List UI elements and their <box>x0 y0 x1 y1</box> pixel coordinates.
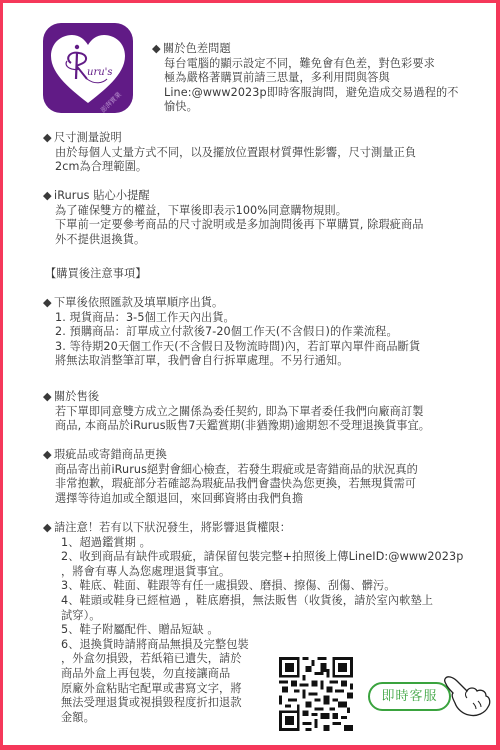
paragraph-line: 非常抱歉，瑕疵部分若確認為瑕疵品我們會盡快為您更換，若無現貨需可 <box>55 477 418 492</box>
list-item: 3、鞋底、鞋面、鞋跟等有任一處損毀、磨損、擦傷、刮傷、髒污。 <box>61 579 463 594</box>
list-item: 1、超過鑑賞期 。 <box>61 536 463 551</box>
section-title: ◆請注意！若有以下狀況發生，將影響退貨權限： <box>43 521 463 536</box>
paragraph-line: 外不提供退換貨。 <box>55 233 424 248</box>
section-defect-exchange: ◆瑕疵品或寄錯商品更換 商品寄出前iRurus絕對會細心檢查，若發生瑕疵或是寄錯… <box>43 448 418 506</box>
list-item: 金額。 <box>61 711 463 726</box>
paragraph-line: 商品寄出前iRurus絕對會細心檢查，若發生瑕疵或是寄錯商品的狀況真的 <box>55 463 418 478</box>
diamond-bullet-icon: ◆ <box>43 296 54 311</box>
page-frame: uru's 澎湃實業 ◆關於色差問題 每台電腦的顯示設定不同，難免會有色差，對色… <box>0 0 500 750</box>
diamond-bullet-icon: ◆ <box>43 189 54 204</box>
paragraph-line: Line:@www2023p即時客服詢問，避免造成交易過程的不 <box>164 86 459 101</box>
svg-text:uru's: uru's <box>87 67 113 78</box>
diamond-bullet-icon: ◆ <box>43 448 54 463</box>
paragraph-line: 由於每個人丈量方式不同，以及擺放位置跟材質彈性影響，尺寸測量正負 <box>55 146 416 161</box>
section-title: ◆iRurus 貼心小提醒 <box>43 189 424 204</box>
paragraph-line: 下單前一定要參考商品的尺寸說明或是多加詢問後再下單購買, 除瑕疵商品 <box>55 218 424 233</box>
paragraph-line: 2cm為合理範圍。 <box>55 160 416 175</box>
list-item: 6、退換貨時請將商品無損及完整包裝 <box>61 638 463 653</box>
list-item: 將無法取消整筆訂單，我們會自行拆單處理。不另行通知。 <box>55 354 420 369</box>
paragraph-line: 為了確保雙方的權益，下單後即表示100%同意購物規則。 <box>55 204 424 219</box>
pointing-hand-icon <box>443 673 493 721</box>
svg-text:澎湃實業: 澎湃實業 <box>98 89 123 113</box>
diamond-bullet-icon: ◆ <box>43 390 54 405</box>
section-title: ◆下單後依照匯款及填單順序出貨。 <box>43 296 420 311</box>
section-title: ◆關於色差問題 <box>152 42 459 57</box>
list-item: ，外盒勿損毀，若紙箱已遺失，請於 <box>61 652 463 667</box>
section-title: ◆瑕疵品或寄錯商品更換 <box>43 448 418 463</box>
list-item: 3. 等待期20天個工作天(不含假日及物流時間)內，若訂單內單件商品斷貨 <box>55 340 420 355</box>
paragraph-line: 選擇等待追加或全額退回，來回郵資將由我們負擔 <box>55 492 418 507</box>
paragraph-line: 極為嚴格著購買前請三思量，多利用問與答與 <box>164 71 459 86</box>
section-size-measurement: ◆尺寸測量說明 由於每個人丈量方式不同，以及擺放位置跟材質彈性影響，尺寸測量正負… <box>43 131 416 175</box>
list-item: 5、鞋子附屬配件、贈品短缺 。 <box>61 623 463 638</box>
qr-code-icon[interactable] <box>279 657 353 731</box>
diamond-bullet-icon: ◆ <box>152 42 163 57</box>
live-support-button[interactable]: 即時客服 <box>368 682 451 711</box>
section-color-difference: ◆關於色差問題 每台電腦的顯示設定不同，難免會有色差，對色彩要求 極為嚴格著購買… <box>152 42 459 115</box>
list-item: 2. 預購商品：訂單成立付款後7-20個工作天(不含假日)的作業流程。 <box>55 325 420 340</box>
brand-logo: uru's 澎湃實業 <box>43 23 133 113</box>
paragraph-line: 愉快。 <box>164 100 459 115</box>
list-item: 商品外盒上再包裝，勿直接讓商品 <box>61 667 463 682</box>
list-item: 4、鞋頭或鞋身已經楦過 ，鞋底磨損，無法販售（收貨後，請於室內軟墊上 <box>61 594 463 609</box>
section-shipping: ◆下單後依照匯款及填單順序出貨。 1. 現貨商品：3-5個工作天內出貨。 2. … <box>43 296 420 369</box>
section-after-sale: ◆關於售後 若下單即同意雙方成立之關係為委任契約, 即為下單者委任我們向廠商訂製… <box>43 390 430 434</box>
diamond-bullet-icon: ◆ <box>43 521 54 536</box>
section-title: ◆關於售後 <box>43 390 430 405</box>
heart-logo-icon: uru's 澎湃實業 <box>43 23 133 113</box>
list-item: ，將會有專人為您處理退貨事宜。 <box>61 565 463 580</box>
section-title: ◆尺寸測量說明 <box>43 131 416 146</box>
notice-header: 【購買後注意事項】 <box>45 267 147 282</box>
paragraph-line: 若下單即同意雙方成立之關係為委任契約, 即為下單者委任我們向廠商訂製 <box>55 405 430 420</box>
list-item: 2、收到商品有缺件或瑕疵，請保留包裝完整+拍照後上傳LineID:@www202… <box>61 550 463 565</box>
diamond-bullet-icon: ◆ <box>43 131 54 146</box>
paragraph-line: 商品, 本商品於iRurus販售7天鑑賞期(非猶豫期)逾期恕不受理退換貨事宜。 <box>55 419 430 434</box>
list-item: 1. 現貨商品：3-5個工作天內出貨。 <box>55 311 420 326</box>
list-item: 試穿）。 <box>61 609 463 624</box>
paragraph-line: 每台電腦的顯示設定不同，難免會有色差，對色彩要求 <box>164 57 459 72</box>
section-tips: ◆iRurus 貼心小提醒 為了確保雙方的權益，下單後即表示100%同意購物規則… <box>43 189 424 247</box>
